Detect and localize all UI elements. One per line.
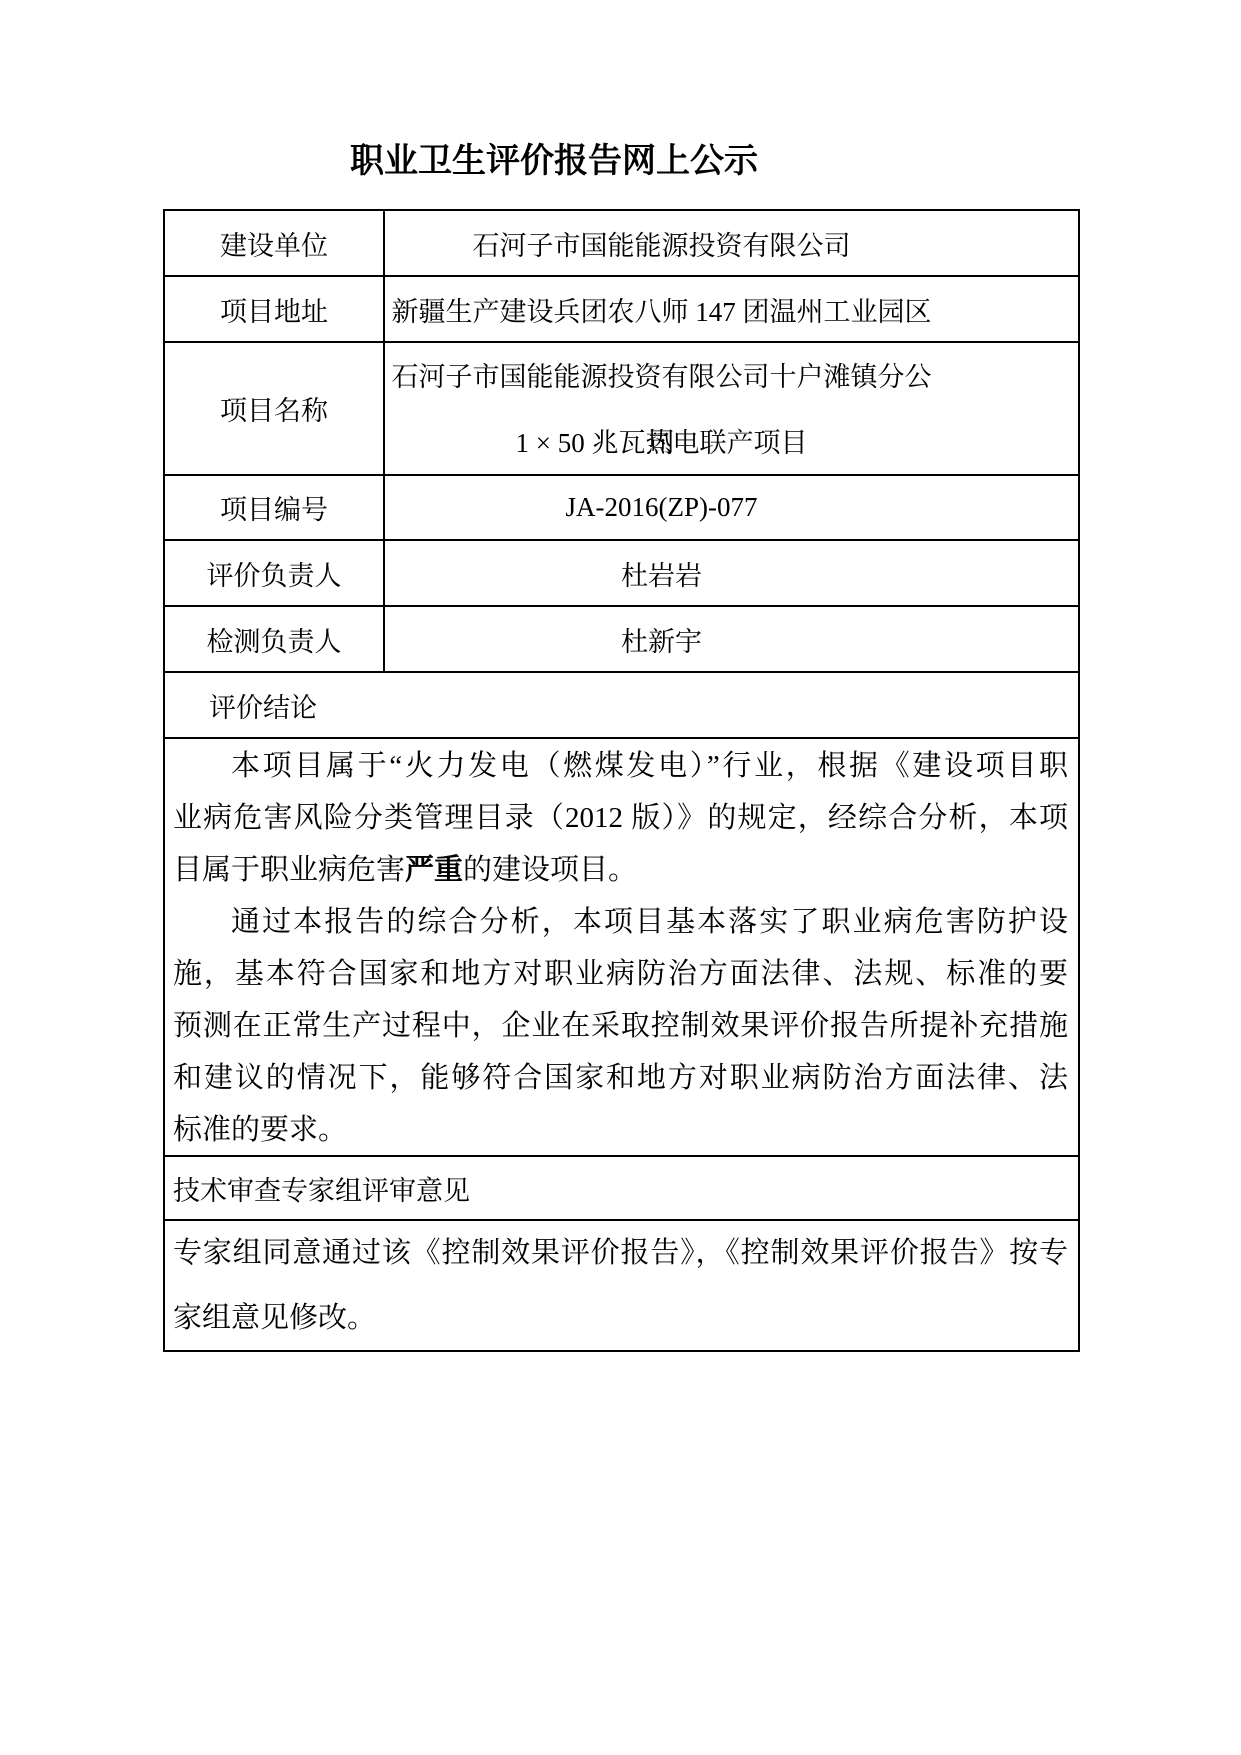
expert-opinion-line2: 家组意见修改。 xyxy=(173,1286,1068,1351)
conclusion-para1-line3-post: 的建设项目。 xyxy=(463,854,637,886)
row-testing-leader: 检测负责人 杜新宇 xyxy=(165,605,1078,671)
conclusion-para1-line3-pre: 目属于职业病危害 xyxy=(173,854,405,886)
document-title: 职业卫生评价报告网上公示 xyxy=(143,140,965,184)
conclusion-para1-line2: 业病危害风险分类管理目录（2012 版）》的规定，经综合分析，本项 xyxy=(173,792,1068,844)
testing-leader-value: 杜新宇 xyxy=(385,607,1078,671)
project-address-value: 新疆生产建设兵团农八师 147 团温州工业园区 xyxy=(385,277,1078,341)
conclusion-label: 评价结论 xyxy=(165,673,1078,737)
project-name-line-2: 1 × 50 兆瓦热电联产项目 xyxy=(385,410,938,476)
construction-unit-label: 建设单位 xyxy=(165,211,385,275)
document-page: 职业卫生评价报告网上公示 建设单位 石河子市国能能源投资有限公司 项目地址 新疆… xyxy=(0,0,1241,1755)
row-expert-review-header: 技术审查专家组评审意见 xyxy=(165,1155,1078,1219)
testing-leader-label: 检测负责人 xyxy=(165,607,385,671)
row-construction-unit: 建设单位 石河子市国能能源投资有限公司 xyxy=(165,211,1078,275)
construction-unit-value: 石河子市国能能源投资有限公司 xyxy=(385,211,1078,275)
row-conclusion-body: 本项目属于“火力发电（燃煤发电）”行业，根据《建设项目职 业病危害风险分类管理目… xyxy=(165,737,1078,1155)
info-table: 建设单位 石河子市国能能源投资有限公司 项目地址 新疆生产建设兵团农八师 147… xyxy=(163,209,1080,1352)
conclusion-severity-emphasis: 严重 xyxy=(405,854,463,886)
project-name-label: 项目名称 xyxy=(165,343,385,474)
conclusion-para2-line4: 和建议的情况下，能够符合国家和地方对职业病防治方面法律、法规、 xyxy=(173,1052,1068,1104)
conclusion-para1-line3: 目属于职业病危害严重的建设项目。 xyxy=(173,844,1068,896)
row-project-name: 项目名称 石河子市国能能源投资有限公司十户滩镇分公司 1 × 50 兆瓦热电联产… xyxy=(165,341,1078,474)
row-conclusion-header: 评价结论 xyxy=(165,671,1078,737)
conclusion-para2-line5: 标准的要求。 xyxy=(173,1104,1068,1156)
conclusion-para1-line1: 本项目属于“火力发电（燃煤发电）”行业，根据《建设项目职 xyxy=(173,740,1068,792)
row-project-address: 项目地址 新疆生产建设兵团农八师 147 团温州工业园区 xyxy=(165,275,1078,341)
expert-review-label: 技术审查专家组评审意见 xyxy=(165,1157,1078,1219)
row-evaluation-leader: 评价负责人 杜岩岩 xyxy=(165,539,1078,605)
conclusion-para2-line2: 施，基本符合国家和地方对职业病防治方面法律、法规、标准的要求； xyxy=(173,948,1068,1000)
row-expert-review-body: 专家组同意通过该《控制效果评价报告》，《控制效果评价报告》按专 家组意见修改。 xyxy=(165,1219,1078,1350)
conclusion-para2-line3: 预测在正常生产过程中，企业在采取控制效果评价报告所提补充措施 xyxy=(173,1000,1068,1052)
conclusion-para2-line1: 通过本报告的综合分析，本项目基本落实了职业病危害防护设 xyxy=(173,896,1068,948)
evaluation-leader-value: 杜岩岩 xyxy=(385,541,1078,605)
project-number-label: 项目编号 xyxy=(165,476,385,539)
project-number-value: JA-2016(ZP)-077 xyxy=(385,476,1078,539)
row-project-number: 项目编号 JA-2016(ZP)-077 xyxy=(165,474,1078,539)
project-name-value: 石河子市国能能源投资有限公司十户滩镇分公司 1 × 50 兆瓦热电联产项目 xyxy=(385,343,1078,474)
project-address-label: 项目地址 xyxy=(165,277,385,341)
project-name-line-1: 石河子市国能能源投资有限公司十户滩镇分公司 xyxy=(385,344,938,410)
expert-opinion-line1: 专家组同意通过该《控制效果评价报告》，《控制效果评价报告》按专 xyxy=(173,1221,1068,1286)
evaluation-leader-label: 评价负责人 xyxy=(165,541,385,605)
